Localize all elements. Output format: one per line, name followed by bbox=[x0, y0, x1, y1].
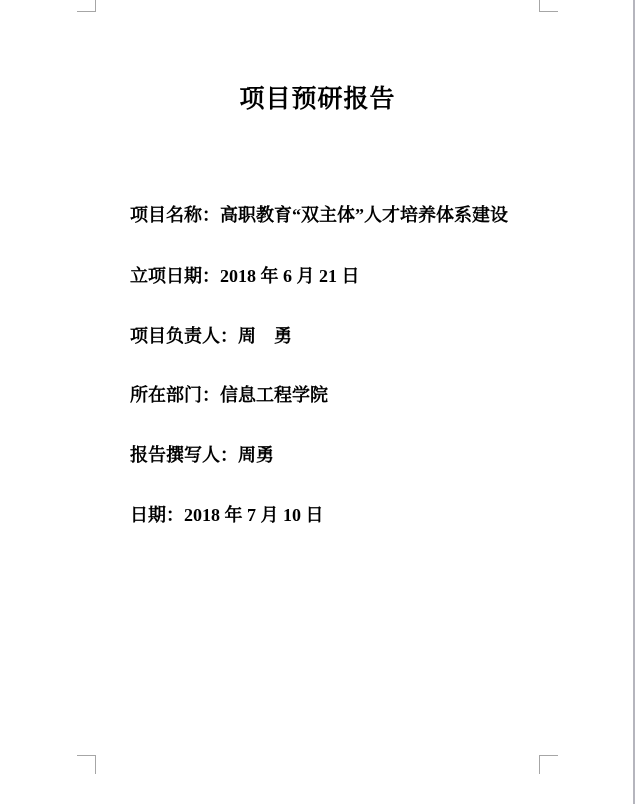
text-boundary-mark-bottom-right bbox=[539, 755, 558, 774]
text-boundary-mark-top-right bbox=[539, 0, 558, 12]
field-line-report-author: 报告撰写人：周勇 bbox=[130, 443, 590, 467]
field-line-report-date: 日期：2018 年 7 月 10 日 bbox=[130, 503, 590, 527]
field-line-department: 所在部门：信息工程学院 bbox=[130, 383, 590, 407]
document-page[interactable]: 项目预研报告 项目名称：高职教育“双主体”人才培养体系建设 立项日期：2018 … bbox=[0, 0, 635, 804]
text-boundary-mark-bottom-left bbox=[77, 755, 96, 774]
field-line-project-name: 项目名称：高职教育“双主体”人才培养体系建设 bbox=[130, 203, 590, 227]
document-title: 项目预研报告 bbox=[0, 82, 635, 118]
field-line-project-leader: 项目负责人：周 勇 bbox=[130, 324, 590, 348]
field-line-approval-date: 立项日期：2018 年 6 月 21 日 bbox=[130, 264, 590, 288]
text-boundary-mark-top-left bbox=[77, 0, 96, 12]
